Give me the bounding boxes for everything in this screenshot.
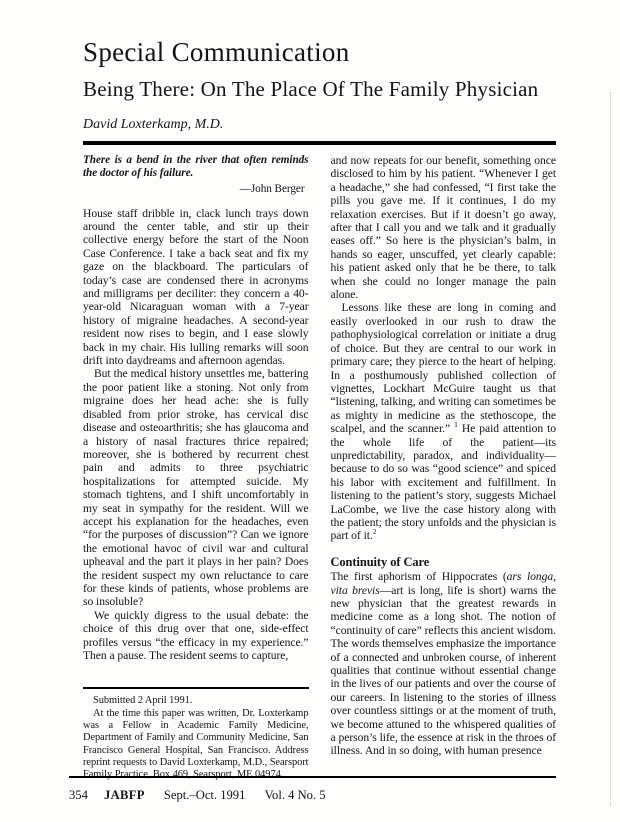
article-content: Special Communication Being There: On Th…: [83, 0, 556, 782]
author-byline: David Loxterkamp, M.D.: [83, 117, 556, 133]
footnote: Submitted 2 April 1991.At the time this …: [83, 695, 309, 781]
journal-article-page: Special Communication Being There: On Th…: [0, 0, 620, 822]
section-heading: Continuity of Care: [331, 556, 557, 569]
paragraph: Lessons like these are long in coming an…: [331, 301, 557, 542]
left-column-body: House staff dribble in, clack lunch tray…: [83, 207, 309, 663]
text-run: We quickly digress to the usual debate: …: [83, 609, 309, 662]
left-column: There is a bend in the river that often …: [83, 154, 309, 782]
reference-superscript: 2: [373, 528, 377, 537]
article-header: Special Communication Being There: On Th…: [83, 37, 556, 145]
text-run: The first aphorism of Hippocrates (: [331, 570, 507, 583]
footnote-rule: [83, 687, 309, 689]
article-columns: There is a bend in the river that often …: [83, 154, 556, 782]
footer-rule: [69, 776, 556, 778]
volume-number: Vol. 4 No. 5: [265, 788, 326, 802]
epigraph: There is a bend in the river that often …: [83, 154, 309, 197]
epigraph-text: There is a bend in the river that often …: [83, 154, 309, 180]
paragraph: House staff dribble in, clack lunch tray…: [83, 207, 309, 368]
text-run: He paid attention to the whole life of t…: [331, 422, 557, 542]
text-run: Lessons like these are long in coming an…: [331, 301, 557, 435]
issue-date: Sept.–Oct. 1991: [164, 788, 246, 802]
text-run: House staff dribble in, clack lunch tray…: [83, 207, 309, 367]
paragraph: We quickly digress to the usual debate: …: [83, 609, 309, 663]
right-column-body: and now repeats for our benefit, somethi…: [331, 154, 557, 758]
page-number: 354: [69, 788, 88, 802]
article-title: Being There: On The Place Of The Family …: [83, 77, 556, 102]
journal-abbrev: JABFP: [104, 788, 145, 802]
page-footer-area: 354 JABFP Sept.–Oct. 1991 Vol. 4 No. 5: [69, 776, 556, 803]
paragraph: But the medical history unsettles me, ba…: [83, 367, 309, 608]
paragraph: The first aphorism of Hippocrates (ars l…: [331, 570, 557, 758]
scan-artifact-line: [610, 92, 611, 806]
text-run: But the medical history unsettles me, ba…: [83, 367, 309, 608]
right-column: and now repeats for our benefit, somethi…: [331, 154, 557, 782]
footnote-paragraph: At the time this paper was written, Dr. …: [83, 708, 309, 782]
footnote-paragraph: Submitted 2 April 1991.: [83, 695, 309, 707]
section-kicker: Special Communication: [83, 37, 556, 68]
text-run: and now repeats for our benefit, somethi…: [331, 154, 557, 301]
page-footer: 354 JABFP Sept.–Oct. 1991 Vol. 4 No. 5: [69, 788, 556, 803]
paragraph: and now repeats for our benefit, somethi…: [331, 154, 557, 301]
header-rule: [83, 141, 556, 145]
text-run: —art is long, life is short) warns the n…: [331, 584, 557, 758]
epigraph-attribution: —John Berger: [83, 183, 305, 196]
